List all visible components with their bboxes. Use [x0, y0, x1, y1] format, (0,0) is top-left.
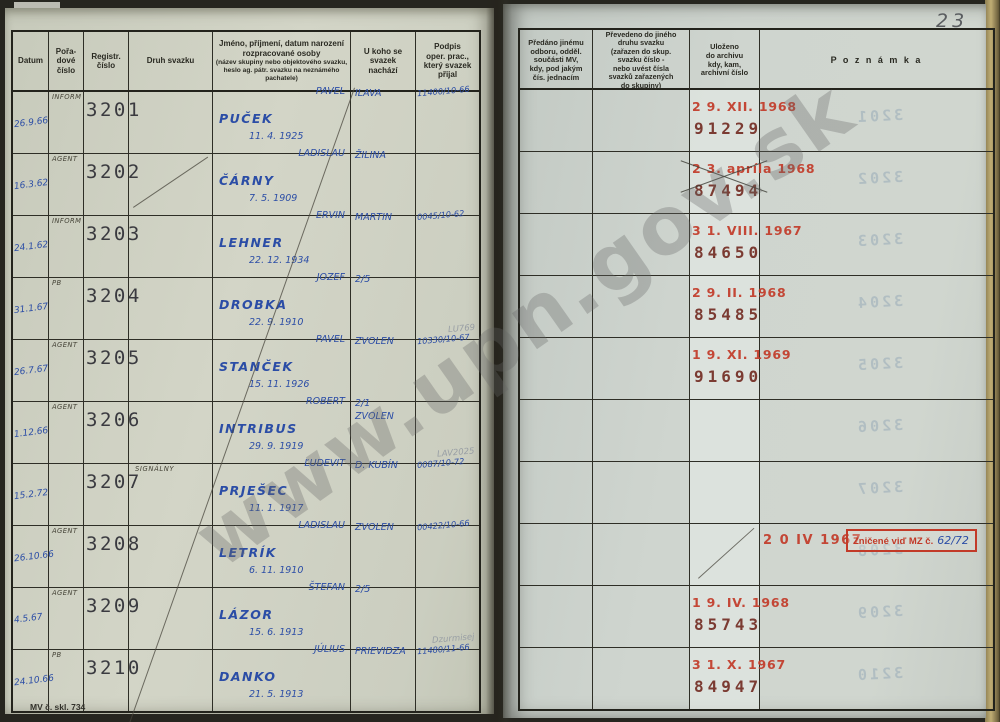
- holder-location: ZVOLEN: [355, 335, 394, 348]
- birth-date: 6. 11. 1910: [249, 565, 303, 576]
- surname: PUČEK: [219, 111, 273, 126]
- cell-predano: [520, 214, 593, 275]
- cell-prevedeno: [593, 400, 690, 461]
- cell-jmeno: ŠTEFAN LÁZOR 15. 6. 1913: [213, 588, 351, 649]
- cell-poradove-cislo: INFORM: [49, 92, 84, 153]
- cell-podpis: 00422/10-66: [416, 526, 479, 587]
- cell-druh-svazku: [129, 154, 213, 215]
- archive-number-stamp: 91229: [694, 119, 762, 138]
- bleedthrough-number: 3207: [855, 478, 904, 498]
- handwritten-date: 16.3.62: [14, 178, 49, 192]
- column-header-prevedeno: Převedeno do jiného druhu svazku (zařaze…: [593, 30, 690, 91]
- cell-prevedeno: [593, 586, 690, 647]
- category-note: AGENT: [52, 403, 77, 411]
- right-page: 23 Předáno jinému odboru, odděl. součást…: [503, 4, 986, 718]
- surname: LÁZOR: [219, 607, 273, 622]
- table-row: 2 3. apríla 1968 87494 3202: [520, 152, 993, 214]
- surname: LETRÍK: [219, 545, 277, 560]
- archive-date-stamp: 1 9. XI. 1969: [692, 347, 791, 362]
- cell-ulozeno: 1 9. XI. 1969 91690: [690, 338, 760, 399]
- cell-prevedeno: [593, 338, 690, 399]
- cell-podpis: LAV2025: [416, 402, 479, 463]
- cell-datum: 26.7.67: [13, 340, 49, 401]
- cell-poznamka: 3205: [760, 338, 993, 399]
- cell-registr-cislo: 3204: [84, 278, 129, 339]
- first-name: PAVEL: [316, 86, 345, 97]
- book-gutter-shadow: [486, 0, 512, 722]
- right-table-header-row: Předáno jinému odboru, odděl. součásti M…: [520, 30, 993, 90]
- first-name: JOZEF: [317, 272, 345, 283]
- table-row: 24.1.62 INFORM 3203 ERVIN LEHNER 22. 12.…: [13, 216, 479, 278]
- cell-predano: [520, 462, 593, 523]
- first-name: ROBERT: [306, 396, 345, 407]
- cell-poradove-cislo: INFORM: [49, 216, 84, 277]
- cell-registr-cislo: 3203: [84, 216, 129, 277]
- cell-registr-cislo: 3209: [84, 588, 129, 649]
- cell-ulozeno: 2 9. XII. 1968 91229: [690, 90, 760, 151]
- cell-druh-svazku: SIGNÁLNY: [129, 464, 213, 525]
- birth-date: 22. 9. 1910: [249, 317, 303, 328]
- cell-poznamka: 3204: [760, 276, 993, 337]
- cell-ulozeno: 3 1. X. 1967 84947: [690, 648, 760, 709]
- table-row: 2 0 IV 1967 Zničené viď MZ č. 62/72 3208: [520, 524, 993, 586]
- cell-datum: 24.1.62: [13, 216, 49, 277]
- cell-poradove-cislo: AGENT: [49, 588, 84, 649]
- birth-date: 15. 11. 1926: [249, 379, 309, 390]
- cell-prevedeno: [593, 214, 690, 275]
- handwritten-date: 26.9.66: [14, 116, 49, 130]
- cell-datum: 31.1.67: [13, 278, 49, 339]
- bleedthrough-number: 3204: [855, 292, 904, 312]
- cell-jmeno: LADISLAU ČÁRNY 7. 5. 1909: [213, 154, 351, 215]
- column-header-poradove-cislo: Pořa- dové číslo: [49, 32, 84, 90]
- cell-predano: [520, 90, 593, 151]
- cell-prevedeno: [593, 524, 690, 585]
- birth-date: 29. 9. 1919: [249, 441, 303, 452]
- column-header-poznamka: P o z n á m k a: [760, 30, 993, 91]
- cell-jmeno: JÚLIUS DANKO 21. 5. 1913: [213, 650, 351, 711]
- handwritten-date: 4.5.67: [13, 612, 43, 625]
- cell-u-koho: ILAVA: [351, 92, 416, 153]
- cell-ulozeno: 3 1. VIII. 1967 84650: [690, 214, 760, 275]
- cell-druh-svazku: [129, 588, 213, 649]
- cell-jmeno: ROBERT INTRIBUS 29. 9. 1919: [213, 402, 351, 463]
- cell-u-koho: ZVOLEN: [351, 340, 416, 401]
- first-name: JÚLIUS: [314, 644, 345, 655]
- holder-location: ŽILINA: [355, 149, 386, 162]
- column-header-jmeno-sub: (název skupiny nebo objektového svazku, …: [215, 59, 348, 82]
- holder-location: MARTIN: [355, 211, 392, 224]
- left-page: Datum Pořa- dové číslo Registr. číslo Dr…: [5, 8, 494, 714]
- archive-date-stamp: 1 9. IV. 1968: [692, 595, 790, 610]
- cell-datum: 26.9.66: [13, 92, 49, 153]
- holder-location: 2/5: [355, 273, 370, 286]
- cell-podpis: LU769: [416, 278, 479, 339]
- cell-podpis: 11400/10-66: [416, 92, 479, 153]
- left-table-body: 26.9.66 INFORM 3201 PAVEL PUČEK 11. 4. 1…: [13, 92, 479, 711]
- cell-poradove-cislo: AGENT: [49, 154, 84, 215]
- first-name: LADISLAU: [298, 520, 345, 531]
- table-row: 1 9. IV. 1968 85743 3209: [520, 586, 993, 648]
- table-row: 2 9. XII. 1968 91229 3201: [520, 90, 993, 152]
- destroyed-stamp-box: Zničené viď MZ č. 62/72: [846, 529, 977, 552]
- document-spread: Datum Pořa- dové číslo Registr. číslo Dr…: [0, 0, 1000, 722]
- cell-registr-cislo: 3208: [84, 526, 129, 587]
- table-row: 16.3.62 AGENT 3202 LADISLAU ČÁRNY 7. 5. …: [13, 154, 479, 216]
- cell-poradove-cislo: AGENT: [49, 402, 84, 463]
- cell-predano: [520, 276, 593, 337]
- cell-druh-svazku: [129, 526, 213, 587]
- birth-date: 21. 5. 1913: [249, 689, 303, 700]
- cell-podpis: 0045/10-62: [416, 216, 479, 277]
- cell-u-koho: ŽILINA: [351, 154, 416, 215]
- column-header-jmeno-main: Jméno, příjmení, datum narození rozpraco…: [215, 39, 348, 58]
- first-name: ĽUDEVIT: [304, 458, 345, 469]
- category-note: AGENT: [52, 341, 77, 349]
- table-row: 31.1.67 PB 3204 JOZEF DROBKA 22. 9. 1910…: [13, 278, 479, 340]
- cell-datum: 1.12.66: [13, 402, 49, 463]
- birth-date: 11. 1. 1917: [249, 503, 303, 514]
- archive-number-stamp: 85485: [694, 305, 762, 324]
- archive-number-stamp: 85743: [694, 615, 762, 634]
- column-header-ulozeno: Uloženo do archivu kdy, kam, archivní čí…: [690, 30, 760, 91]
- ledger-table-right: Předáno jinému odboru, odděl. součásti M…: [518, 28, 995, 711]
- cell-ulozeno: 2 9. II. 1968 85485: [690, 276, 760, 337]
- cell-registr-cislo: 3205: [84, 340, 129, 401]
- cell-ulozeno: [690, 462, 760, 523]
- archive-number-stamp: 84947: [694, 677, 762, 696]
- table-row: 3 1. VIII. 1967 84650 3203: [520, 214, 993, 276]
- cell-poznamka: 3210: [760, 648, 993, 709]
- column-header-registr-cislo: Registr. číslo: [84, 32, 129, 90]
- category-note: INFORM: [52, 217, 81, 225]
- bleedthrough-number: 3201: [855, 106, 904, 126]
- cell-jmeno: ĽUDEVIT PRJEŠEC 11. 1. 1917: [213, 464, 351, 525]
- category-note: INFORM: [52, 93, 81, 101]
- table-row: 4.5.67 AGENT 3209 ŠTEFAN LÁZOR 15. 6. 19…: [13, 588, 479, 650]
- cell-jmeno: LADISLAU LETRÍK 6. 11. 1910: [213, 526, 351, 587]
- category-note: PB: [52, 651, 62, 659]
- surname: DANKO: [219, 669, 277, 684]
- cell-predano: [520, 524, 593, 585]
- table-row: 15.2.72 3207 SIGNÁLNY ĽUDEVIT PRJEŠEC 11…: [13, 464, 479, 526]
- handwritten-date: 15.2.72: [14, 488, 49, 502]
- cell-druh-svazku: [129, 216, 213, 277]
- table-row: 26.9.66 INFORM 3201 PAVEL PUČEK 11. 4. 1…: [13, 92, 479, 154]
- category-note: PB: [52, 279, 62, 287]
- table-row: 26.10.66 AGENT 3208 LADISLAU LETRÍK 6. 1…: [13, 526, 479, 588]
- table-row: 1 9. XI. 1969 91690 3205: [520, 338, 993, 400]
- cell-datum: 4.5.67: [13, 588, 49, 649]
- cell-u-koho: MARTIN: [351, 216, 416, 277]
- holder-location: D. KUBÍN: [355, 459, 398, 472]
- cell-registr-cislo: 3207: [84, 464, 129, 525]
- cell-prevedeno: [593, 152, 690, 213]
- holder-location: ZVOLEN: [355, 521, 394, 534]
- column-header-druh-svazku: Druh svazku: [129, 32, 213, 90]
- cell-poznamka: 3207: [760, 462, 993, 523]
- holder-location: PRIEVIDZA: [355, 645, 406, 658]
- cell-predano: [520, 586, 593, 647]
- cell-podpis: 0087/10-72: [416, 464, 479, 525]
- archive-date-stamp: 2 9. II. 1968: [692, 285, 786, 300]
- cell-predano: [520, 400, 593, 461]
- table-row: 1.12.66 AGENT 3206 ROBERT INTRIBUS 29. 9…: [13, 402, 479, 464]
- first-name: ŠTEFAN: [309, 582, 345, 593]
- category-note: AGENT: [52, 155, 77, 163]
- bleedthrough-number: 3205: [855, 354, 904, 374]
- cell-poradove-cislo: [49, 464, 84, 525]
- first-name: LADISLAU: [298, 148, 345, 159]
- cell-poradove-cislo: AGENT: [49, 526, 84, 587]
- holder-location: 2/1 ZVOLEN: [355, 397, 394, 424]
- category-note: AGENT: [52, 589, 77, 597]
- cell-registr-cislo: 3210: [84, 650, 129, 711]
- handwritten-date: 24.1.62: [14, 240, 49, 254]
- birth-date: 15. 6. 1913: [249, 627, 303, 638]
- bleedthrough-number: 3209: [855, 602, 904, 622]
- crossout-mark: [678, 160, 770, 192]
- table-row: 3 1. X. 1967 84947 3210: [520, 648, 993, 709]
- handwritten-date: 1.12.66: [14, 426, 49, 440]
- first-name: PAVEL: [316, 334, 345, 345]
- cell-u-koho: PRIEVIDZA: [351, 650, 416, 711]
- handwritten-date: 31.1.67: [14, 302, 49, 316]
- cell-podpis: 10330/10-67: [416, 340, 479, 401]
- bleedthrough-number: 3210: [855, 664, 904, 684]
- cell-poznamka: 2 0 IV 1967 Zničené viď MZ č. 62/72 3208: [760, 524, 993, 585]
- destroyed-stamp-label: Zničené viď MZ č.: [853, 536, 933, 547]
- column-header-u-koho: U koho se svazek nachází: [351, 32, 416, 90]
- cell-registr-cislo: 3202: [84, 154, 129, 215]
- destroyed-stamp-number: 62/72: [937, 534, 969, 547]
- table-row: 2 9. II. 1968 85485 3204: [520, 276, 993, 338]
- cell-prevedeno: [593, 648, 690, 709]
- footer-stock-number: MV č. skl. 734: [30, 702, 85, 712]
- cell-registr-cislo: 3201: [84, 92, 129, 153]
- column-header-jmeno: Jméno, příjmení, datum narození rozpraco…: [213, 32, 351, 90]
- bleedthrough-number: 3206: [855, 416, 904, 436]
- cell-druh-svazku: [129, 650, 213, 711]
- cell-jmeno: PAVEL PUČEK 11. 4. 1925: [213, 92, 351, 153]
- cell-podpis: Dzurmisej: [416, 588, 479, 649]
- birth-date: 11. 4. 1925: [249, 131, 303, 142]
- birth-date: 22. 12. 1934: [249, 255, 309, 266]
- cell-registr-cislo: 3206: [84, 402, 129, 463]
- cell-jmeno: ERVIN LEHNER 22. 12. 1934: [213, 216, 351, 277]
- cell-druh-svazku: [129, 278, 213, 339]
- holder-location: 2/5: [355, 583, 370, 596]
- ledger-table-left: Datum Pořa- dové číslo Registr. číslo Dr…: [11, 30, 481, 713]
- cell-ulozeno: [690, 400, 760, 461]
- cell-poradove-cislo: AGENT: [49, 340, 84, 401]
- cell-prevedeno: [593, 462, 690, 523]
- cell-u-koho: 2/5: [351, 588, 416, 649]
- column-header-datum: Datum: [13, 32, 49, 90]
- birth-date: 7. 5. 1909: [249, 193, 297, 204]
- cell-u-koho: ZVOLEN: [351, 526, 416, 587]
- cell-u-koho: 2/1 ZVOLEN: [351, 402, 416, 463]
- column-header-predano: Předáno jinému odboru, odděl. součásti M…: [520, 30, 593, 91]
- archive-number-stamp: 84650: [694, 243, 762, 262]
- table-row: 3207: [520, 462, 993, 524]
- handwritten-date: 26.7.67: [14, 364, 49, 378]
- archive-number-stamp: 91690: [694, 367, 762, 386]
- cell-druh-svazku: [129, 92, 213, 153]
- first-name: ERVIN: [316, 210, 345, 221]
- category-note: AGENT: [52, 527, 77, 535]
- archive-date-stamp: 2 9. XII. 1968: [692, 99, 797, 114]
- cell-u-koho: 2/5: [351, 278, 416, 339]
- cell-prevedeno: [593, 276, 690, 337]
- table-row: 3206: [520, 400, 993, 462]
- cell-druh-svazku: [129, 340, 213, 401]
- cell-datum: 26.10.66: [13, 526, 49, 587]
- cell-datum: 15.2.72: [13, 464, 49, 525]
- cell-predano: [520, 152, 593, 213]
- cell-podpis: [416, 154, 479, 215]
- cell-u-koho: D. KUBÍN: [351, 464, 416, 525]
- left-table-header-row: Datum Pořa- dové číslo Registr. číslo Dr…: [13, 32, 479, 92]
- bleedthrough-number: 3203: [855, 230, 904, 250]
- cell-predano: [520, 648, 593, 709]
- cell-ulozeno: 1 9. IV. 1968 85743: [690, 586, 760, 647]
- cell-druh-svazku: [129, 402, 213, 463]
- surname: PRJEŠEC: [219, 483, 288, 498]
- surname: LEHNER: [219, 235, 284, 250]
- bleedthrough-number: 3202: [855, 168, 904, 188]
- cell-datum: 16.3.62: [13, 154, 49, 215]
- holder-location: ILAVA: [355, 87, 381, 100]
- druh-svazku-note: SIGNÁLNY: [135, 465, 174, 473]
- cell-jmeno: PAVEL STANČEK 15. 11. 1926: [213, 340, 351, 401]
- cell-predano: [520, 338, 593, 399]
- cell-poznamka: 3209: [760, 586, 993, 647]
- surname: ČÁRNY: [219, 173, 275, 188]
- archive-date-stamp: 3 1. X. 1967: [692, 657, 786, 672]
- cell-poradove-cislo: PB: [49, 278, 84, 339]
- cell-prevedeno: [593, 90, 690, 151]
- column-header-podpis: Podpis oper. prac., který svazek přijal: [416, 32, 479, 90]
- cell-podpis: 11480/11-66: [416, 650, 479, 711]
- right-table-body: 2 9. XII. 1968 91229 3201 2 3. apríla 19…: [520, 90, 993, 709]
- cell-poznamka: 3206: [760, 400, 993, 461]
- archive-date-stamp: 3 1. VIII. 1967: [692, 223, 802, 238]
- cell-ulozeno: 2 3. apríla 1968 87494: [690, 152, 760, 213]
